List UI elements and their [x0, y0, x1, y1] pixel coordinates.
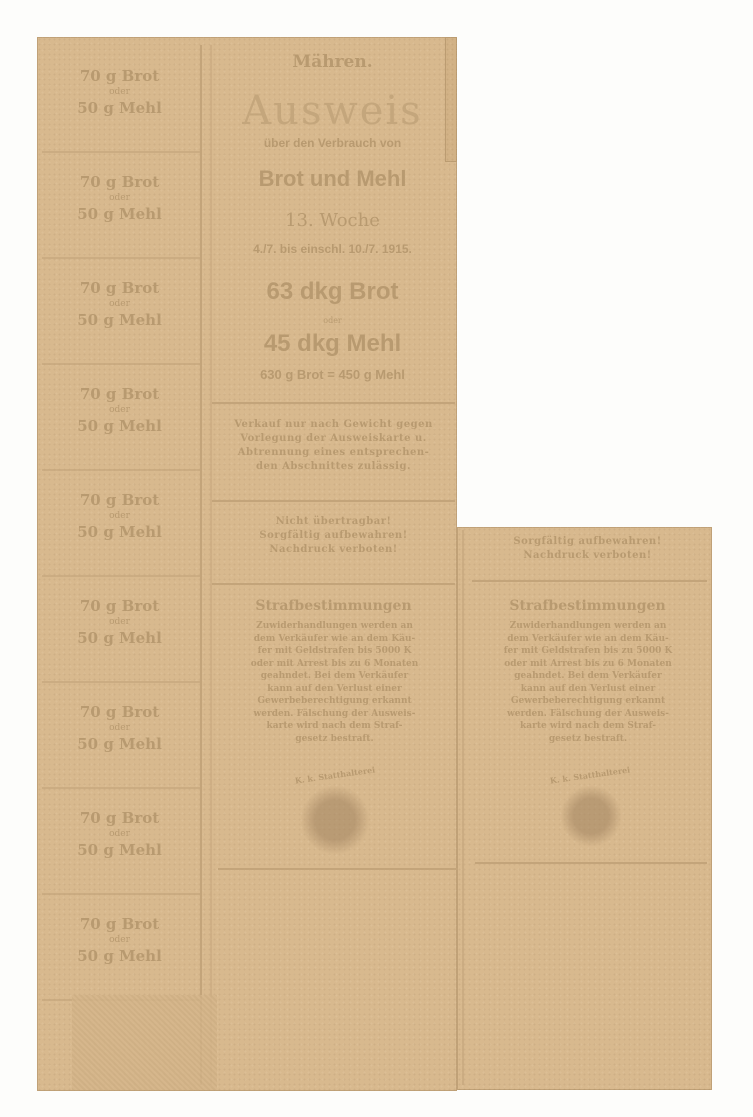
text-line: kann auf den Verlust einer	[468, 683, 708, 696]
text-line: fer mit Geldstrafen bis zu 5000 K	[468, 645, 708, 658]
coupon-or: oder	[37, 827, 202, 841]
text-line: Nachdruck verboten!	[212, 543, 455, 557]
coupon-bread: 70 g Brot	[37, 279, 202, 297]
text-line: werden. Fälschung der Ausweis-	[468, 708, 708, 721]
region-label: Mähren.	[210, 52, 455, 72]
section-divider	[212, 583, 455, 585]
coupon-separator	[42, 787, 200, 789]
text-line: Vorlegung der Ausweiskarte u.	[212, 432, 455, 446]
coupon-or: oder	[37, 85, 202, 99]
coupon: 70 g Brotoder50 g Mehl	[37, 491, 202, 541]
coupon-flour: 50 g Mehl	[37, 417, 202, 435]
coupon-bread: 70 g Brot	[37, 173, 202, 191]
coupon-bread: 70 g Brot	[37, 703, 202, 721]
goods-label: Brot und Mehl	[210, 166, 455, 192]
text-line: fer mit Geldstrafen bis 5000 K	[216, 645, 453, 658]
coupon-flour: 50 g Mehl	[37, 205, 202, 223]
coupon: 70 g Brotoder50 g Mehl	[37, 597, 202, 647]
or-label: oder	[210, 316, 455, 325]
coupon: 70 g Brotoder50 g Mehl	[37, 67, 202, 117]
text-line: Verkauf nur nach Gewicht gegen	[212, 418, 455, 432]
text-line: Gewerbeberechtigung erkannt	[468, 695, 708, 708]
coupon-separator	[42, 575, 200, 577]
text-line: gesetz bestraft.	[468, 733, 708, 746]
equivalence-label: 630 g Brot = 450 g Mehl	[210, 367, 455, 382]
right-transfer-notice: Sorgfältig aufbewahren!Nachdruck verbote…	[465, 535, 710, 563]
coupon: 70 g Brotoder50 g Mehl	[37, 173, 202, 223]
coupon-bread: 70 g Brot	[37, 385, 202, 403]
section-divider	[472, 580, 707, 582]
coupon-bread: 70 g Brot	[37, 491, 202, 509]
text-line: gesetz bestraft.	[216, 733, 453, 746]
sale-notice: Verkauf nur nach Gewicht gegenVorlegung …	[212, 418, 455, 474]
right-penalty-title: Strafbestimmungen	[465, 598, 710, 614]
coupon-bread: 70 g Brot	[37, 809, 202, 827]
flour-amount: 45 dkg Mehl	[210, 330, 455, 358]
text-line: kann auf den Verlust einer	[216, 683, 453, 696]
right-panel-divider	[462, 530, 464, 1085]
text-line: Zuwiderhandlungen werden an	[216, 620, 453, 633]
coupon-or: oder	[37, 297, 202, 311]
document-subtitle: über den Verbrauch von	[210, 136, 455, 150]
coupon-flour: 50 g Mehl	[37, 311, 202, 329]
coupon: 70 g Brotoder50 g Mehl	[37, 703, 202, 753]
transfer-notice: Nicht übertragbar!Sorgfältig aufbewahren…	[212, 515, 455, 557]
coupon-or: oder	[37, 403, 202, 417]
coupon-separator	[42, 681, 200, 683]
document-title: Ausweis	[210, 88, 455, 134]
text-line: geahndet. Bei dem Verkäufer	[468, 670, 708, 683]
coupon: 70 g Brotoder50 g Mehl	[37, 279, 202, 329]
coupon-flour: 50 g Mehl	[37, 735, 202, 753]
coupon-flour: 50 g Mehl	[37, 99, 202, 117]
seal-stamp	[300, 785, 370, 855]
text-line: Gewerbeberechtigung erkannt	[216, 695, 453, 708]
period-label: 4./7. bis einschl. 10./7. 1915.	[210, 242, 455, 256]
coupon-separator	[42, 363, 200, 365]
text-line: oder mit Arrest bis zu 6 Monaten	[216, 658, 453, 671]
right-penalty-text: Zuwiderhandlungen werden andem Verkäufer…	[468, 620, 708, 745]
coupon: 70 g Brotoder50 g Mehl	[37, 809, 202, 859]
text-line: dem Verkäufer wie an dem Käu-	[468, 633, 708, 646]
week-label: 13. Woche	[210, 210, 455, 231]
coupon-or: oder	[37, 615, 202, 629]
coupon-bread: 70 g Brot	[37, 915, 202, 933]
section-divider	[212, 500, 455, 502]
coupon-separator	[42, 893, 200, 895]
text-line: geahndet. Bei dem Verkäufer	[216, 670, 453, 683]
text-line: Abtrennung eines entsprechen-	[212, 446, 455, 460]
coupon-or: oder	[37, 933, 202, 947]
coupon: 70 g Brotoder50 g Mehl	[37, 385, 202, 435]
penalty-text: Zuwiderhandlungen werden andem Verkäufer…	[216, 620, 453, 745]
coupon-flour: 50 g Mehl	[37, 523, 202, 541]
coupon-or: oder	[37, 721, 202, 735]
text-line: oder mit Arrest bis zu 6 Monaten	[468, 658, 708, 671]
text-line: Zuwiderhandlungen werden an	[468, 620, 708, 633]
text-line: Sorgfältig aufbewahren!	[465, 535, 710, 549]
section-divider	[218, 868, 458, 870]
coupon-or: oder	[37, 509, 202, 523]
coupon: 70 g Brotoder50 g Mehl	[37, 915, 202, 965]
coupon-flour: 50 g Mehl	[37, 947, 202, 965]
text-line: karte wird nach dem Straf-	[216, 720, 453, 733]
coupon-bread: 70 g Brot	[37, 597, 202, 615]
coupon-separator	[42, 151, 200, 153]
bread-amount: 63 dkg Brot	[210, 278, 455, 306]
text-line: Nachdruck verboten!	[465, 549, 710, 563]
coupon-separator	[42, 257, 200, 259]
coupon-flour: 50 g Mehl	[37, 629, 202, 647]
text-line: Nicht übertragbar!	[212, 515, 455, 529]
coupon-separator	[42, 469, 200, 471]
section-divider	[212, 402, 455, 404]
coupon-flour: 50 g Mehl	[37, 841, 202, 859]
section-divider	[475, 862, 707, 864]
coupon-column-divider-inner	[210, 45, 212, 1085]
coupon-bread: 70 g Brot	[37, 67, 202, 85]
penalty-title: Strafbestimmungen	[212, 598, 455, 614]
coupon-or: oder	[37, 191, 202, 205]
text-line: dem Verkäufer wie an dem Käu-	[216, 633, 453, 646]
coupon-stub-hatched	[72, 995, 217, 1090]
text-line: Sorgfältig aufbewahren!	[212, 529, 455, 543]
text-line: karte wird nach dem Straf-	[468, 720, 708, 733]
text-line: werden. Fälschung der Ausweis-	[216, 708, 453, 721]
text-line: den Abschnittes zulässig.	[212, 460, 455, 474]
right-seal-stamp	[560, 785, 622, 847]
